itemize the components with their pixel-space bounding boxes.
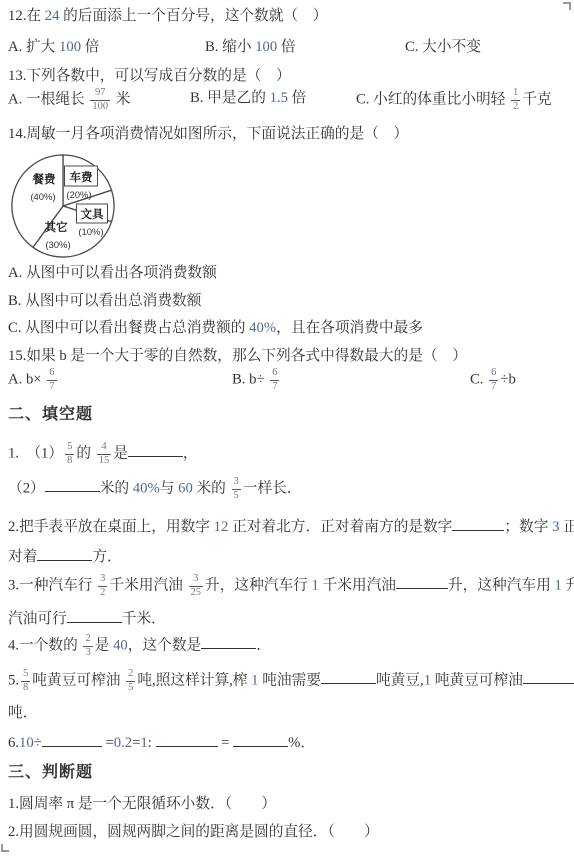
number: 1 [554, 577, 561, 593]
fill3-line2: 汽油可行千米． [8, 608, 166, 629]
fill4: 4.一个数的 23是 40，这个数是． [8, 634, 271, 658]
fraction: 67 [47, 368, 56, 392]
q14-option-b: B. 从图中可以看出总消费数额 [8, 291, 201, 311]
fraction: 415 [97, 442, 112, 466]
fraction: 67 [489, 368, 498, 392]
text: 一样长． [243, 480, 302, 496]
text: 12.在 [8, 8, 45, 24]
text: 2.把手表平放在桌面上，用数字 [8, 519, 214, 535]
fill5-line1: 5.58吨黄豆可榨油 25吨,照这样计算,榨 1 吨油需要吨黄豆,1 吨黄豆可榨… [8, 669, 574, 693]
fraction: 325 [189, 574, 204, 598]
text: 4.一个数的 [8, 637, 81, 653]
fill1-part2: （2）米的 40%与 60 米的 35一样长． [8, 477, 302, 501]
text: 千米用汽油 [319, 577, 396, 593]
text: ÷b [500, 371, 515, 387]
text: : [148, 735, 156, 751]
blank-underline [42, 732, 102, 747]
number: 1 [251, 672, 258, 688]
text: 倍 [81, 39, 99, 55]
text: 吨． [8, 705, 37, 721]
q13-options-item: C. 小红的体重比小明轻 12千克 [356, 88, 552, 112]
text: A. 从图中可以看出各项消费数额 [8, 265, 217, 281]
pie-slice-label: 餐费 [32, 172, 56, 186]
q14-stem: 14.周敏一月各项消费情况如图所示，下面说法正确的是（ ） [8, 124, 408, 144]
blank-underline [37, 546, 92, 561]
number: 1 [140, 735, 147, 751]
text: 升 [562, 577, 574, 593]
text: B. 缩小 [205, 39, 255, 55]
q15-stem: 15.如果 b 是一个大于零的自然数，那么下列各式中得数最大的是（ ） [8, 346, 467, 366]
q15-options-item: A. b× 67 [8, 368, 59, 392]
blank-underline [201, 634, 256, 649]
fraction: 35 [232, 477, 241, 501]
pie-slice-percent: (30%) [45, 240, 70, 251]
judge1: 1.圆周率 π 是一个无限循环小数．（ ） [8, 794, 276, 814]
fill2-line2: 对着方． [8, 546, 122, 567]
blank-underline [67, 608, 122, 623]
text: 千米． [122, 611, 166, 627]
text: 倍 [288, 90, 306, 106]
text: 正对着北方．正对着南方的是数字 [228, 519, 452, 535]
text: B. 从图中可以看出总消费数额 [8, 293, 201, 309]
text: 倍 [277, 39, 295, 55]
text: 对着 [8, 549, 37, 565]
text: %． [288, 735, 315, 751]
number: 0.2 [114, 735, 132, 751]
text: 1. （1） [8, 445, 63, 461]
blank-underline [128, 442, 183, 457]
text: 千克 [522, 91, 551, 107]
text-boundary-corner-bottom-left [1, 844, 9, 852]
fraction: 67 [270, 368, 279, 392]
q14-option-a: A. 从图中可以看出各项消费数额 [8, 263, 217, 283]
number: 40% [249, 320, 276, 336]
q15-options-item: C. 67÷b [470, 368, 516, 392]
number: 100 [255, 39, 277, 55]
text: （2） [8, 480, 45, 496]
text: ， [183, 445, 198, 461]
fraction: 58 [21, 669, 30, 693]
text: 6. [8, 735, 19, 751]
document-page: 车费(20%)文具(10%)其它(30%)餐费(40%) 12.在 24 的后面… [0, 0, 574, 863]
text: A. 扩大 [8, 39, 59, 55]
fill3-line1: 3.一种汽车行 32千米用汽油 325升，这种汽车行 1 千米用汽油升，这种汽车… [8, 574, 574, 598]
consumption-pie-chart: 车费(20%)文具(10%)其它(30%)餐费(40%) [6, 153, 120, 259]
text: 2.用圆规画圆，圆规两脚之间的距离是圆的直径．（ ） [8, 824, 379, 840]
text: ，这个数是 [128, 637, 201, 653]
text: 15.如果 b 是一个大于零的自然数，那么下列各式中得数最大的是（ ） [8, 348, 467, 364]
q13-stem: 13.下列各数中，可以写成百分数的是（ ） [8, 66, 291, 86]
number: 24 [45, 8, 60, 24]
fraction: 12 [511, 88, 520, 112]
fill5-line2: 吨． [8, 703, 37, 723]
pie-slice-label: 其它 [45, 220, 68, 234]
fill2-line1: 2.把手表平放在桌面上，用数字 12 正对着北方．正对着南方的是数字；数字 3 … [8, 516, 574, 537]
q13-options-item: A. 一根绳长 97100 米 [8, 88, 131, 112]
text: ÷ [34, 735, 42, 751]
text-boundary-corner-top-right [563, 2, 571, 10]
number: 10 [19, 735, 34, 751]
text: 吨,照这样计算,榨 [137, 672, 251, 688]
text: 方． [92, 549, 121, 565]
text: 1.圆周率 π 是一个无限循环小数．（ ） [8, 796, 276, 812]
text: 米 [112, 91, 130, 107]
text: A. b× [8, 371, 45, 387]
blank-underline [396, 574, 448, 589]
text: 吨油需要 [259, 672, 321, 688]
section-fill-in-heading: 二、填空题 [8, 405, 93, 425]
fraction: 32 [98, 574, 107, 598]
text: 13.下列各数中，可以写成百分数的是（ ） [8, 68, 291, 84]
fill6: 6.10÷ =0.2=1: = %． [8, 732, 315, 753]
text: C. 小红的体重比小明轻 [356, 91, 509, 107]
section-judge-heading: 三、判断题 [8, 763, 93, 783]
text: 吨黄豆可榨油 [431, 672, 523, 688]
text: 吨黄豆可榨油 [32, 672, 124, 688]
number: 1 [312, 577, 319, 593]
text: A. 一根绳长 [8, 91, 88, 107]
text: ，且在各项消费中最多 [276, 320, 423, 336]
text: 千米用汽油 [109, 577, 186, 593]
text: 米的 [193, 480, 230, 496]
text: = [218, 735, 234, 751]
number: 100 [59, 39, 81, 55]
number: 60 [178, 480, 193, 496]
blank-underline [233, 732, 288, 747]
fill1-part1: 1. （1）58的 415是， [8, 442, 198, 466]
text: 吨黄豆, [376, 672, 424, 688]
text: 3.一种汽车行 [8, 577, 96, 593]
blank-underline [45, 477, 100, 492]
q13-options-item: B. 甲是乙的 1.5 倍 [190, 88, 306, 108]
pie-slice-percent: (20%) [66, 190, 91, 201]
pie-slice-label: 文具 [81, 207, 104, 221]
judge2: 2.用圆规画圆，圆规两脚之间的距离是圆的直径．（ ） [8, 822, 379, 842]
number: 12 [214, 519, 229, 535]
blank-underline [156, 732, 218, 747]
number: 40% [133, 480, 160, 496]
q12-options-item: C. 大小不变 [405, 37, 481, 57]
text: = [102, 735, 114, 751]
q12-options-item: A. 扩大 100 倍 [8, 37, 99, 57]
text: 升，这种汽车用 [448, 577, 555, 593]
text: 是 [95, 637, 113, 653]
q12-options-item: B. 缩小 100 倍 [205, 37, 296, 57]
fraction: 25 [126, 669, 135, 693]
fraction: 58 [65, 442, 74, 466]
text: 三、判断题 [8, 764, 93, 781]
text: 的 [76, 445, 94, 461]
text: ；数字 [504, 519, 552, 535]
text: 是 [113, 445, 128, 461]
pie-slice-percent: (40%) [30, 192, 55, 203]
blank-underline [523, 669, 574, 684]
q12-stem: 12.在 24 的后面添上一个百分号，这个数就（ ） [8, 6, 327, 26]
text: 米的 [100, 480, 133, 496]
fraction: 23 [83, 634, 92, 658]
blank-underline [452, 516, 504, 531]
text: 14.周敏一月各项消费情况如图所示，下面说法正确的是（ ） [8, 126, 408, 142]
pie-slice-percent: (10%) [78, 227, 103, 238]
text: ． [256, 637, 271, 653]
q14-option-c: C. 从图中可以看出餐费占总消费额的 40%，且在各项消费中最多 [8, 318, 423, 338]
text: C. 大小不变 [405, 39, 481, 55]
text: 正 [559, 519, 574, 535]
blank-underline [321, 669, 376, 684]
text: C. 从图中可以看出餐费占总消费额的 [8, 320, 249, 336]
text: B. 甲是乙的 [190, 90, 270, 106]
pie-slice-label: 车费 [70, 170, 93, 184]
q15-options-item: B. b÷ 67 [232, 368, 281, 392]
text: 升，这种汽车行 [205, 577, 312, 593]
text: 5. [8, 672, 19, 688]
text: C. [470, 371, 487, 387]
text: B. b÷ [232, 371, 268, 387]
number: 1 [424, 672, 431, 688]
text: 的后面添上一个百分号，这个数就（ ） [59, 8, 327, 24]
text: 汽油可行 [8, 611, 67, 627]
text: 与 [160, 480, 178, 496]
number: 1.5 [270, 90, 288, 106]
number: 40 [113, 637, 128, 653]
text: 二、填空题 [8, 406, 93, 423]
fraction: 97100 [90, 88, 110, 112]
